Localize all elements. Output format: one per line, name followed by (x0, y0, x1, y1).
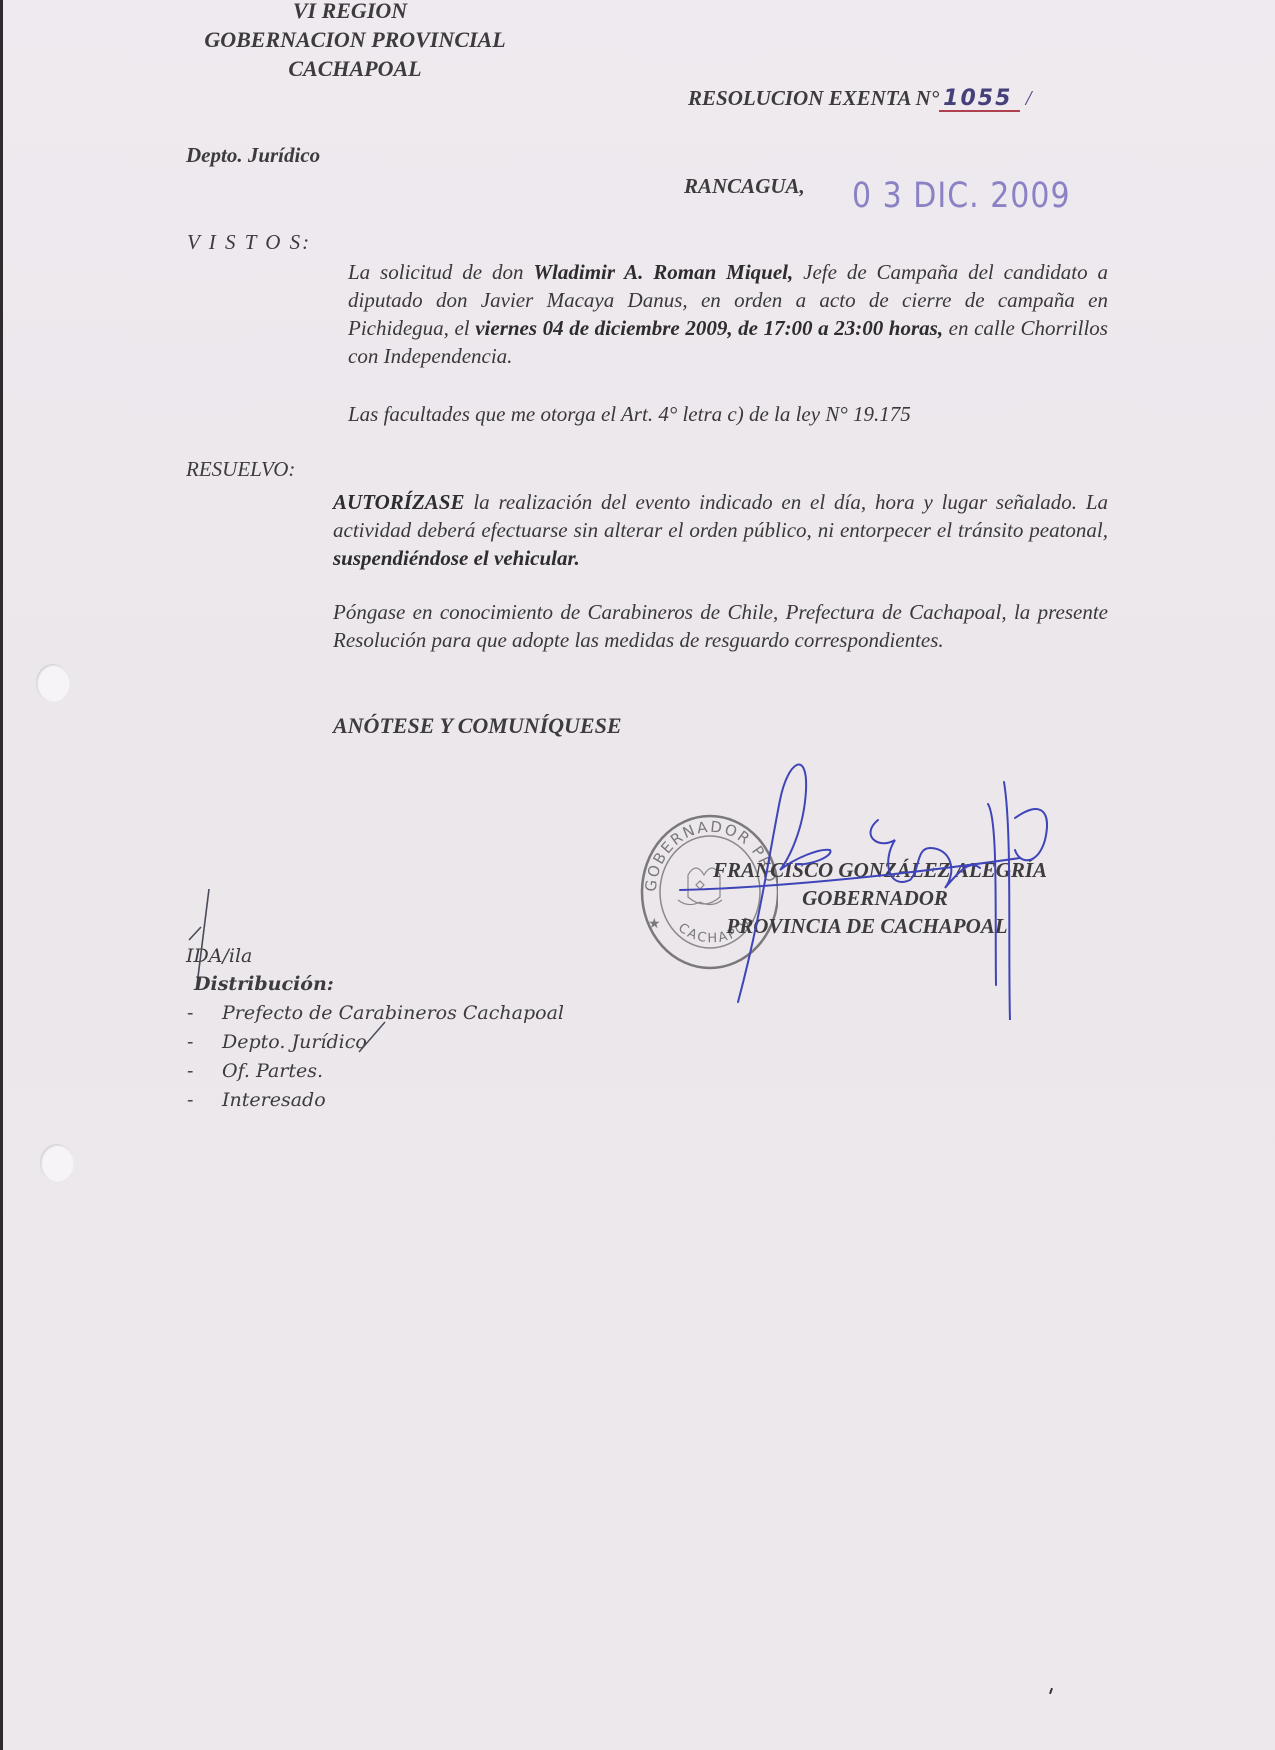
resolution-number-suffix: / (1026, 86, 1032, 110)
scan-speck (1049, 1688, 1053, 1694)
vistos-label: V I S T O S: (187, 230, 311, 255)
distribution-item: -Of. Partes. (187, 1057, 564, 1086)
list-bullet: - (187, 1086, 222, 1115)
handwritten-signature-icon (620, 740, 1100, 1020)
vistos-paragraph-1: La solicitud de don Wladimir A. Roman Mi… (348, 258, 1108, 370)
punch-hole (40, 1144, 74, 1182)
list-bullet: - (187, 1057, 222, 1086)
department-label: Depto. Jurídico (186, 143, 320, 168)
resolution-number: 1055 (939, 88, 1020, 112)
text-span: La solicitud de don (348, 260, 533, 284)
applicant-name: Wladimir A. Roman Miquel, (533, 260, 793, 284)
letterhead-region: VI REGION (170, 0, 530, 24)
document-page: VI REGION GOBERNACION PROVINCIAL CACHAPO… (0, 0, 1275, 1750)
vistos-paragraph-2: Las facultades que me otorga el Art. 4° … (348, 400, 1108, 428)
letterhead-province: CACHAPOAL (175, 56, 535, 82)
event-datetime: viernes 04 de diciembre 2009, de 17:00 a… (475, 316, 943, 340)
resuelvo-paragraph-2: Póngase en conocimiento de Carabineros d… (333, 598, 1108, 654)
list-bullet: - (187, 999, 222, 1028)
resolution-title: RESOLUCION EXENTA N°1055 / (688, 86, 1031, 112)
resuelvo-label: RESUELVO: (186, 457, 295, 482)
vehicle-suspension: suspendiéndose el vehicular. (333, 546, 580, 570)
resolution-label: RESOLUCION EXENTA N° (688, 86, 939, 110)
distribution-heading: Distribución: (194, 973, 334, 995)
resuelvo-paragraph-1: AUTORÍZASE la realización del evento ind… (333, 488, 1108, 572)
city-label: RANCAGUA, (684, 174, 805, 199)
tick-mark-icon (355, 1018, 395, 1058)
punch-hole (36, 664, 70, 702)
scan-edge (0, 0, 3, 1750)
distribution-item-label: Of. Partes. (222, 1060, 323, 1082)
authorization-keyword: AUTORÍZASE (333, 490, 465, 514)
distribution-item-label: Interesado (222, 1089, 326, 1111)
date-stamp: 0 3 DIC. 2009 (852, 176, 1071, 216)
list-bullet: - (187, 1028, 222, 1057)
letterhead-office: GOBERNACION PROVINCIAL (175, 27, 535, 53)
distribution-item: -Interesado (187, 1086, 564, 1115)
closing-formula: ANÓTESE Y COMUNÍQUESE (333, 713, 622, 739)
distribution-item-label: Depto. Jurídico (222, 1031, 367, 1053)
